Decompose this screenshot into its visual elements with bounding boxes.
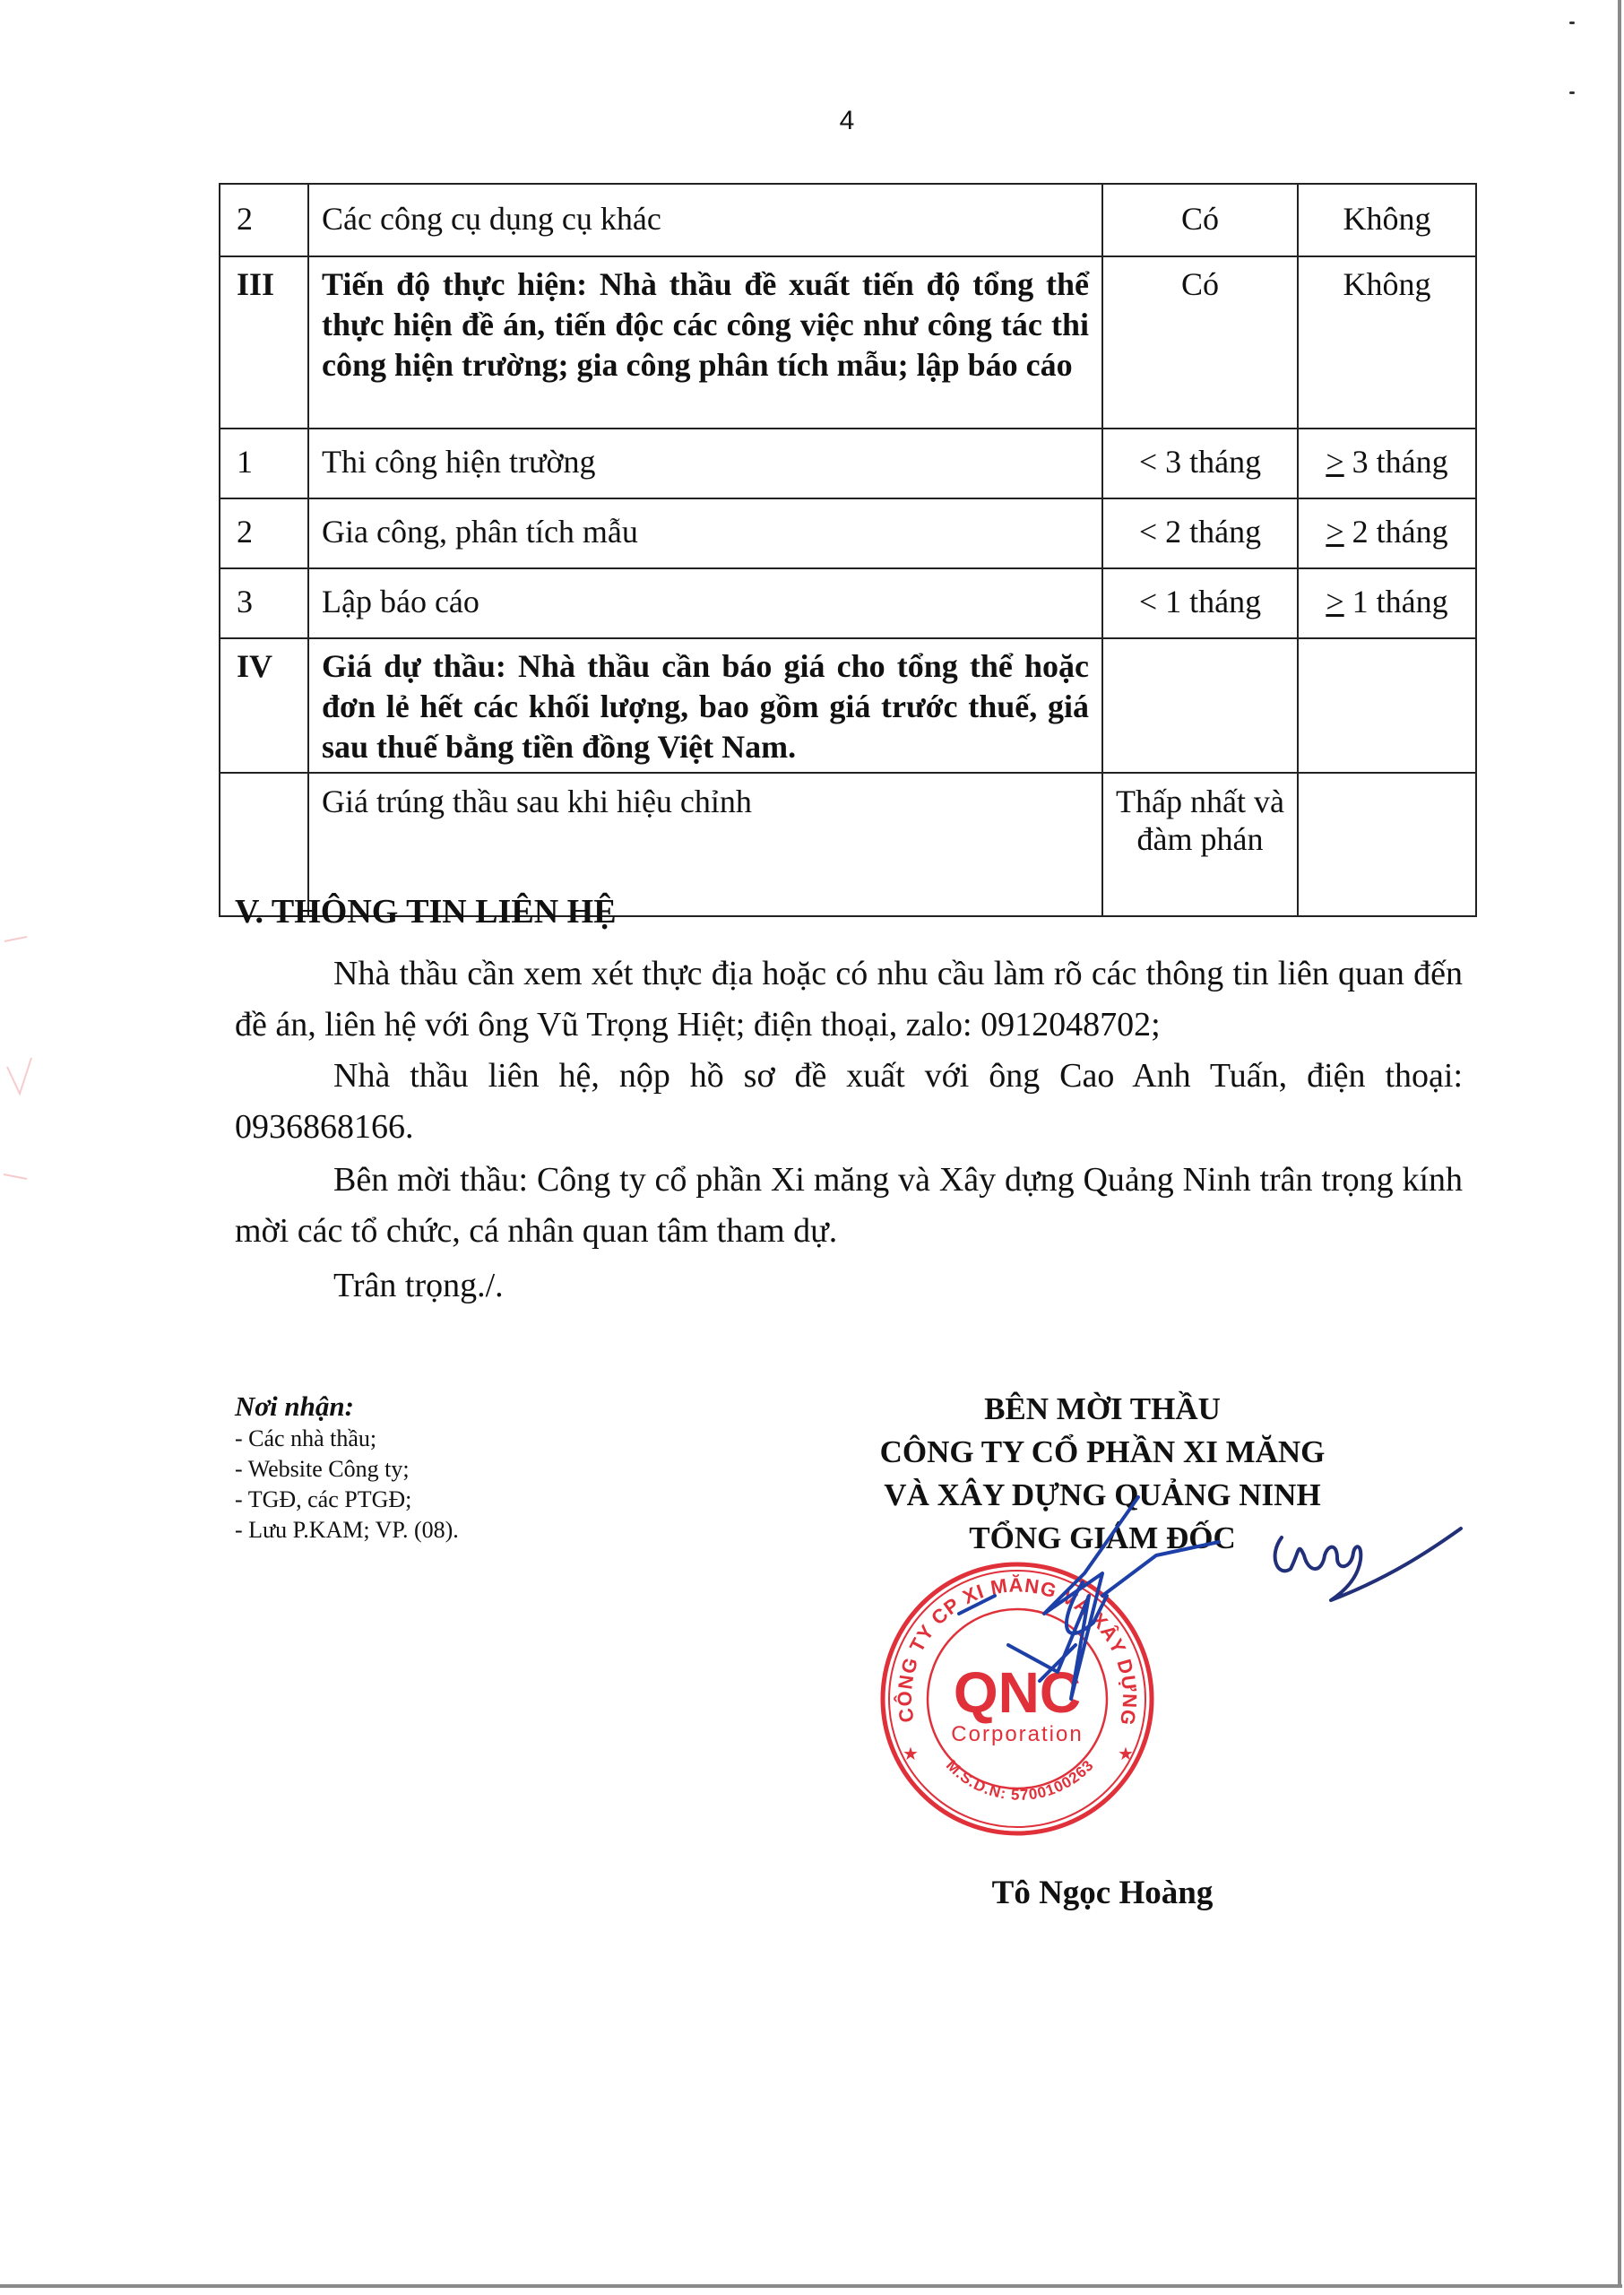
scan-mark bbox=[1569, 22, 1575, 24]
signature-line: CÔNG TY CỔ PHẦN XI MĂNG bbox=[807, 1431, 1398, 1474]
row-number: 2 bbox=[220, 498, 308, 568]
paragraph-text: Trân trọng./. bbox=[333, 1267, 504, 1304]
greater-equal-symbol: > bbox=[1326, 514, 1343, 550]
row-content: Thi công hiện trường bbox=[308, 429, 1102, 498]
row-number: 2 bbox=[220, 184, 308, 256]
row-content: Tiến độ thực hiện: Nhà thầu đề xuất tiến… bbox=[308, 256, 1102, 429]
row-number: 3 bbox=[220, 568, 308, 638]
row-fail: > 3 tháng bbox=[1298, 429, 1476, 498]
table-row: III Tiến độ thực hiện: Nhà thầu đề xuất … bbox=[220, 256, 1476, 429]
recipients-block: Nơi nhận: - Các nhà thầu; - Website Công… bbox=[235, 1390, 459, 1546]
recipient-item: - Lưu P.KAM; VP. (08). bbox=[235, 1515, 459, 1546]
page-number: 4 bbox=[0, 106, 1624, 136]
row-content: Giá dự thầu: Nhà thầu cần báo giá cho tổ… bbox=[308, 638, 1102, 773]
greater-equal-symbol: > bbox=[1326, 444, 1343, 480]
signature-line: VÀ XÂY DỰNG QUẢNG NINH bbox=[807, 1474, 1398, 1517]
row-fail bbox=[1298, 773, 1476, 916]
table-row: 2 Các công cụ dụng cụ khác Có Không bbox=[220, 184, 1476, 256]
recipients-heading: Nơi nhận: bbox=[235, 1390, 459, 1424]
svg-text:★: ★ bbox=[903, 1745, 919, 1764]
row-pass: < 3 tháng bbox=[1102, 429, 1298, 498]
paragraph-contact-site: Nhà thầu cần xem xét thực địa hoặc có nh… bbox=[235, 948, 1463, 1051]
signature-block: BÊN MỜI THẦU CÔNG TY CỔ PHẦN XI MĂNG VÀ … bbox=[807, 1388, 1398, 1560]
row-pass: < 2 tháng bbox=[1102, 498, 1298, 568]
company-stamp-icon: CÔNG TY CP XI MĂNG VÀ XÂY DỰNG QUẢNG NIN… bbox=[874, 1555, 1161, 1842]
paragraph-text: Bên mời thầu: Công ty cổ phần Xi măng và… bbox=[235, 1161, 1463, 1250]
table-row: 1 Thi công hiện trường < 3 tháng > 3 thá… bbox=[220, 429, 1476, 498]
paragraph-contact-submit: Nhà thầu liên hệ, nộp hồ sơ đề xuất với … bbox=[235, 1051, 1463, 1153]
paragraph-text: Nhà thầu liên hệ, nộp hồ sơ đề xuất với … bbox=[235, 1057, 1463, 1146]
row-number: 1 bbox=[220, 429, 308, 498]
row-fail: Không bbox=[1298, 256, 1476, 429]
row-number: IV bbox=[220, 638, 308, 773]
recipient-item: - TGĐ, các PTGĐ; bbox=[235, 1485, 459, 1515]
row-fail: > 2 tháng bbox=[1298, 498, 1476, 568]
row-pass: Thấp nhất và đàm phán bbox=[1102, 773, 1298, 916]
row-fail: Không bbox=[1298, 184, 1476, 256]
recipient-item: - Các nhà thầu; bbox=[235, 1424, 459, 1454]
signature-line: TỔNG GIÁM ĐỐC bbox=[807, 1517, 1398, 1560]
table-row: 3 Lập báo cáo < 1 tháng > 1 tháng bbox=[220, 568, 1476, 638]
scan-edge-bottom bbox=[0, 2284, 1622, 2288]
signature-line: BÊN MỜI THẦU bbox=[807, 1388, 1398, 1431]
row-fail bbox=[1298, 638, 1476, 773]
signer-name: Tô Ngọc Hoàng bbox=[807, 1874, 1398, 1912]
paragraph-text: Nhà thầu cần xem xét thực địa hoặc có nh… bbox=[235, 955, 1463, 1044]
row-number: III bbox=[220, 256, 308, 429]
row-content: Gia công, phân tích mẫu bbox=[308, 498, 1102, 568]
svg-text:M.S.D.N: 5700100263: M.S.D.N: 5700100263 bbox=[943, 1756, 1097, 1804]
scan-edge-right bbox=[1618, 0, 1621, 2288]
bleed-through-stamp-icon bbox=[0, 923, 36, 1192]
svg-text:★: ★ bbox=[1118, 1745, 1134, 1764]
svg-text:Corporation: Corporation bbox=[951, 1722, 1083, 1746]
paragraph-invitation: Bên mời thầu: Công ty cổ phần Xi măng và… bbox=[235, 1155, 1463, 1257]
table-row: 2 Gia công, phân tích mẫu < 2 tháng > 2 … bbox=[220, 498, 1476, 568]
row-fail: > 1 tháng bbox=[1298, 568, 1476, 638]
table-row: IV Giá dự thầu: Nhà thầu cần báo giá cho… bbox=[220, 638, 1476, 773]
greater-equal-symbol: > bbox=[1326, 584, 1343, 619]
paragraph-closing: Trân trọng./. bbox=[235, 1260, 1463, 1312]
row-pass: < 1 tháng bbox=[1102, 568, 1298, 638]
row-content: Lập báo cáo bbox=[308, 568, 1102, 638]
section-title-contact: V. THÔNG TIN LIÊN HỆ bbox=[235, 892, 617, 931]
row-content: Các công cụ dụng cụ khác bbox=[308, 184, 1102, 256]
recipient-item: - Website Công ty; bbox=[235, 1454, 459, 1485]
svg-text:QNC: QNC bbox=[954, 1660, 1081, 1725]
row-pass bbox=[1102, 638, 1298, 773]
scan-mark bbox=[1569, 91, 1575, 94]
row-pass: Có bbox=[1102, 184, 1298, 256]
criteria-table: 2 Các công cụ dụng cụ khác Có Không III … bbox=[219, 183, 1477, 917]
row-pass: Có bbox=[1102, 256, 1298, 429]
